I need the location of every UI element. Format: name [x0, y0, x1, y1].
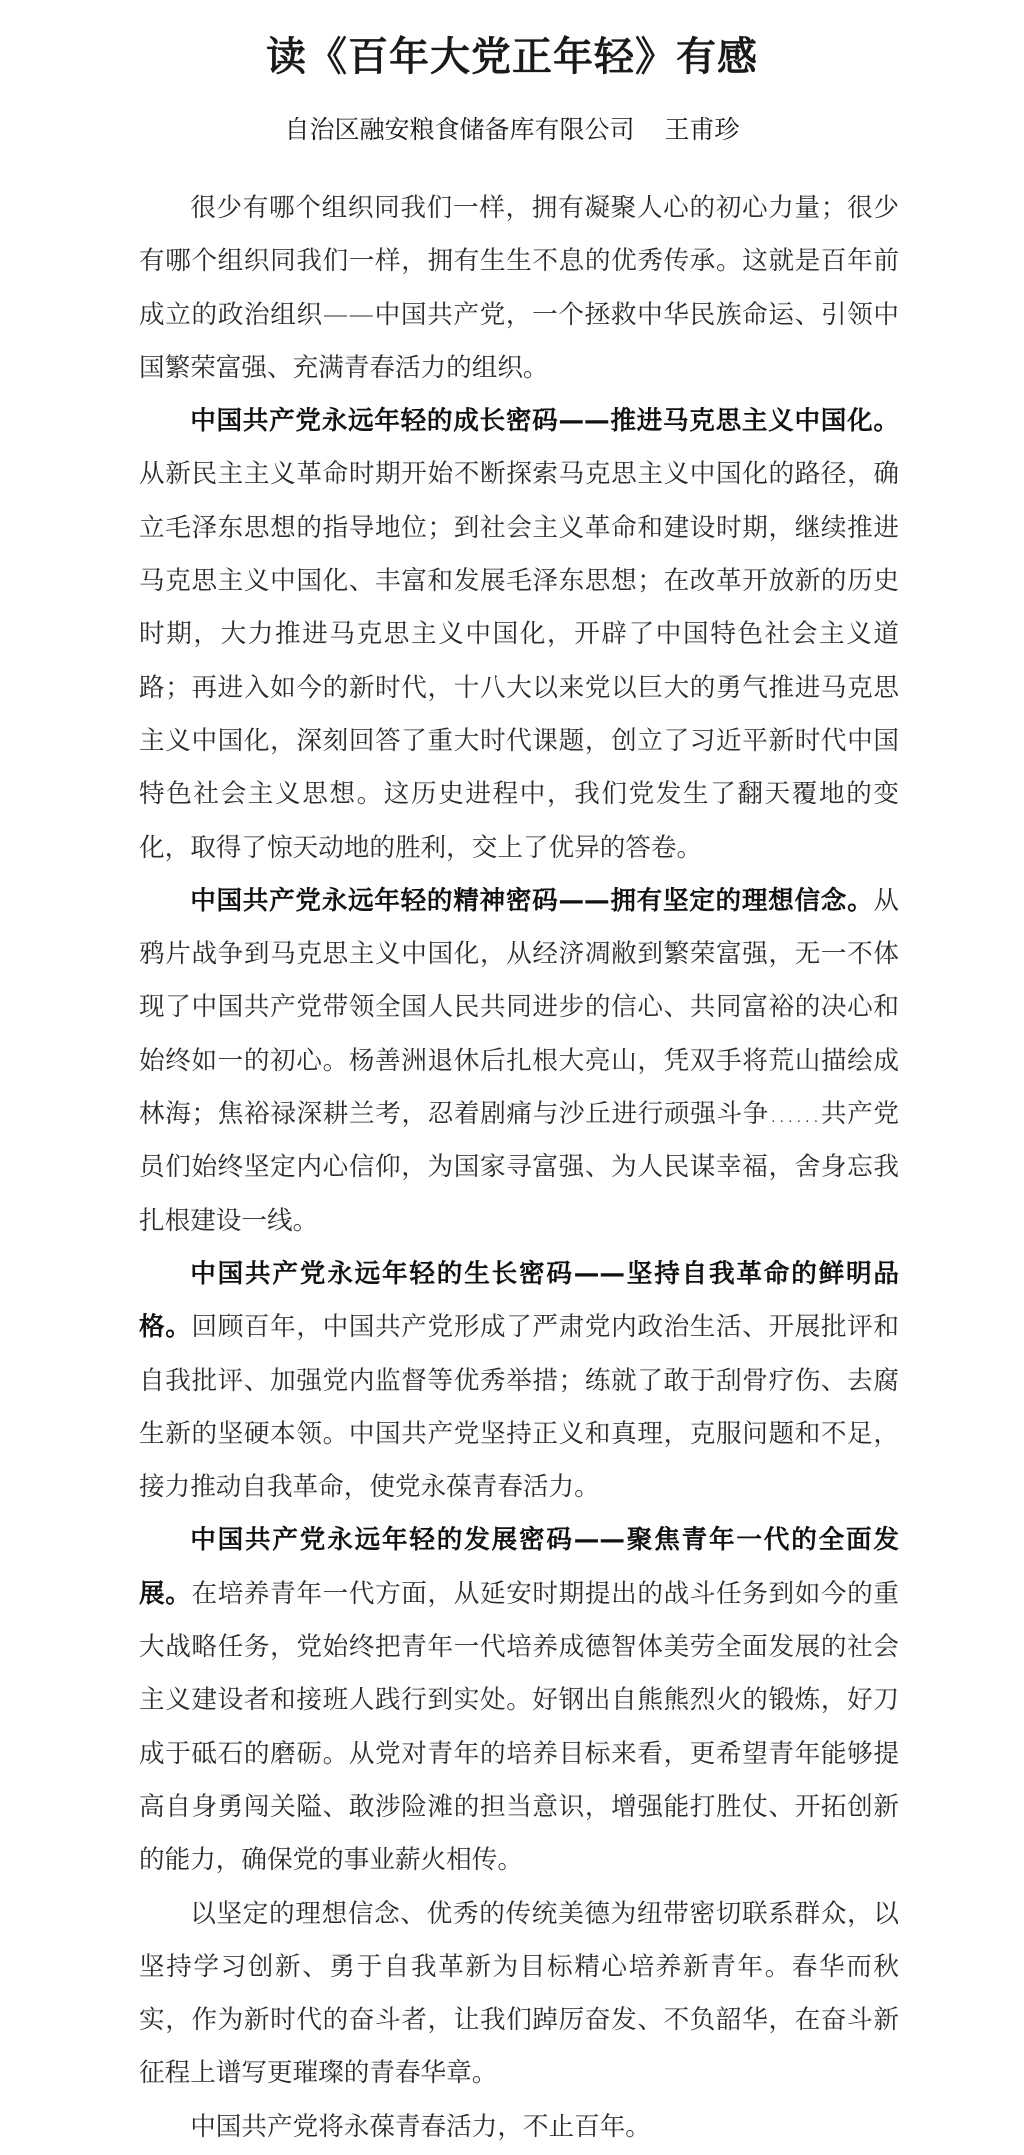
paragraph-text: 在培养青年一代方面，从延安时期提出的战斗任务到如今的重大战略任务，党始终把青年一…	[139, 1579, 899, 1875]
paragraph-text: 很少有哪个组织同我们一样，拥有凝聚人心的初心力量；很少有哪个组织同我们一样，拥有…	[139, 193, 899, 383]
paragraph-text: 从新民主主义革命时期开始不断探索马克思主义中国化的路径，确立毛泽东思想的指导地位…	[139, 459, 899, 862]
paragraph-growth-code: 中国共产党永远年轻的成长密码——推进马克思主义中国化。从新民主主义革命时期开始不…	[139, 395, 899, 875]
paragraph-lead: 中国共产党永远年轻的精神密码——拥有坚定的理想信念。	[190, 886, 873, 916]
paragraph-self-revolution-code: 中国共产党永远年轻的生长密码——坚持自我革命的鲜明品格。回顾百年，中国共产党形成…	[139, 1248, 899, 1514]
paragraph-conclusion: 以坚定的理想信念、优秀的传统美德为纽带密切联系群众，以坚持学习创新、勇于自我革新…	[139, 1888, 899, 2101]
paragraph-intro: 很少有哪个组织同我们一样，拥有凝聚人心的初心力量；很少有哪个组织同我们一样，拥有…	[139, 182, 899, 395]
author-line: 自治区融安粮食储备库有限公司王甫珍	[0, 110, 1024, 150]
paragraph-closing: 中国共产党将永葆青春活力，不止百年。	[139, 2101, 899, 2154]
paragraph-text: 中国共产党将永葆青春活力，不止百年。	[190, 2112, 651, 2142]
paragraph-text: 回顾百年，中国共产党形成了严肃党内政治生活、开展批评和自我批评、加强党内监督等优…	[139, 1312, 899, 1502]
paragraph-development-code: 中国共产党永远年轻的发展密码——聚焦青年一代的全面发展。在培养青年一代方面，从延…	[139, 1514, 899, 1887]
author-name: 王甫珍	[665, 115, 740, 144]
paragraph-spirit-code: 中国共产党永远年轻的精神密码——拥有坚定的理想信念。从鸦片战争到马克思主义中国化…	[139, 875, 899, 1248]
paragraph-text: 以坚定的理想信念、优秀的传统美德为纽带密切联系群众，以坚持学习创新、勇于自我革新…	[139, 1899, 899, 2089]
author-organization: 自治区融安粮食储备库有限公司	[284, 115, 634, 144]
paragraph-text: 从鸦片战争到马克思主义中国化，从经济凋敝到繁荣富强，无一不体现了中国共产党带领全…	[139, 886, 899, 1236]
article-title: 读《百年大党正年轻》有感	[0, 31, 1024, 83]
article-body: 很少有哪个组织同我们一样，拥有凝聚人心的初心力量；很少有哪个组织同我们一样，拥有…	[139, 182, 899, 2154]
paragraph-lead: 中国共产党永远年轻的成长密码——推进马克思主义中国化。	[190, 406, 899, 436]
